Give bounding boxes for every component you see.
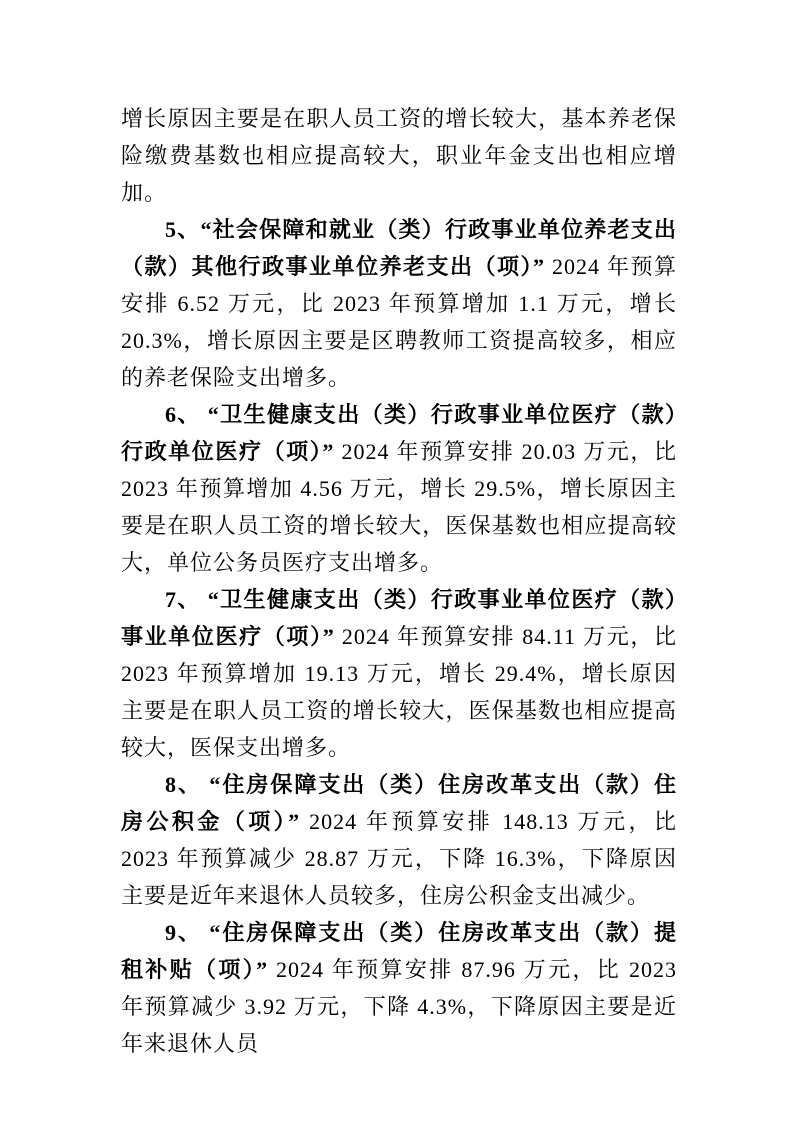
document-text-block: 增长原因主要是在职人员工资的增长较大，基本养老保险缴费基数也相应提高较大，职业年…	[121, 100, 677, 1062]
paragraph-item-6: 6、 “卫生健康支出（类）行政事业单位医疗（款）行政单位医疗（项）” 2024 …	[121, 396, 677, 581]
paragraph-continuation: 增长原因主要是在职人员工资的增长较大，基本养老保险缴费基数也相应提高较大，职业年…	[121, 100, 677, 211]
document-page: 增长原因主要是在职人员工资的增长较大，基本养老保险缴费基数也相应提高较大，职业年…	[0, 0, 793, 1122]
paragraph-text: 增长原因主要是在职人员工资的增长较大，基本养老保险缴费基数也相应提高较大，职业年…	[121, 106, 677, 205]
paragraph-item-7: 7、 “卫生健康支出（类）行政事业单位医疗（款）事业单位医疗（项）” 2024 …	[121, 581, 677, 766]
paragraph-item-8: 8、 “住房保障支出（类）住房改革支出（款）住房公积金（项）” 2024 年预算…	[121, 766, 677, 914]
paragraph-item-9: 9、 “住房保障支出（类）住房改革支出（款）提租补贴（项）” 2024 年预算安…	[121, 914, 677, 1062]
paragraph-item-5: 5、“社会保障和就业（类）行政事业单位养老支出（款）其他行政事业单位养老支出（项…	[121, 211, 677, 396]
